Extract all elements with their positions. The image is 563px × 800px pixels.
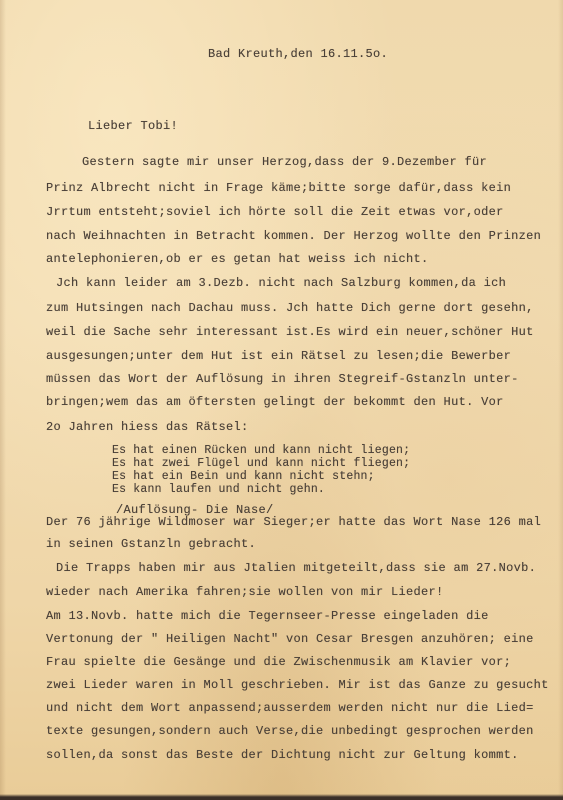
text-line: weil die Sache sehr interessant ist.Es w… — [46, 325, 534, 339]
text-line: Jch kann leider am 3.Dezb. nicht nach Sa… — [56, 276, 506, 290]
text-line: zwei Lieder waren in Moll geschrieben. M… — [46, 678, 549, 692]
text-line: Prinz Albrecht nicht in Frage käme;bitte… — [46, 181, 511, 195]
text-line: in seinen Gstanzln gebracht. — [46, 537, 256, 551]
text-line: Jrrtum entsteht;soviel ich hörte soll di… — [46, 205, 504, 219]
salutation: Lieber Tobi! — [88, 119, 178, 133]
text-line: Am 13.Novb. hatte mich die Tegernseer-Pr… — [46, 609, 489, 623]
text-line: bringen;wem das am öftersten gelingt der… — [46, 395, 504, 409]
text-line: 2o Jahren hiess das Rätsel: — [46, 420, 249, 434]
text-line: Der 76 jährige Wildmoser war Sieger;er h… — [46, 515, 541, 529]
place-date: Bad Kreuth,den 16.11.5o. — [208, 47, 388, 61]
text-line: Frau spielte die Gesänge und die Zwische… — [46, 655, 511, 669]
text-line: nach Weihnachten in Betracht kommen. Der… — [46, 229, 541, 243]
verse-line: Es hat einen Rücken und kann nicht liege… — [112, 444, 410, 458]
text-line: Vertonung der " Heiligen Nacht" von Cesa… — [46, 632, 534, 646]
verse-line: Es hat zwei Flügel und kann nicht fliege… — [112, 457, 410, 471]
text-line: und nicht dem Wort anpassend;ausserdem w… — [46, 701, 534, 715]
text-line: wieder nach Amerika fahren;sie wollen vo… — [46, 585, 444, 599]
verse-line: Es kann laufen und nicht gehn. — [112, 483, 325, 497]
text-line: sollen,da sonst das Beste der Dichtung n… — [46, 748, 519, 762]
text-line: antelephonieren,ob er es getan hat weiss… — [46, 252, 429, 266]
text-line: ausgesungen;unter dem Hut ist ein Rätsel… — [46, 349, 511, 363]
letter-page: Bad Kreuth,den 16.11.5o. Lieber Tobi! Ge… — [0, 0, 563, 800]
verse-line: Es hat ein Bein und kann nicht stehn; — [112, 470, 375, 484]
text-line: Die Trapps haben mir aus Jtalien mitgete… — [56, 561, 536, 575]
text-line: Gestern sagte mir unser Herzog,dass der … — [82, 155, 487, 169]
text-line: zum Hutsingen nach Dachau muss. Jch hatt… — [46, 301, 534, 315]
text-line: texte gesungen,sondern auch Verse,die un… — [46, 724, 534, 738]
text-line: müssen das Wort der Auflösung in ihren S… — [46, 372, 519, 386]
